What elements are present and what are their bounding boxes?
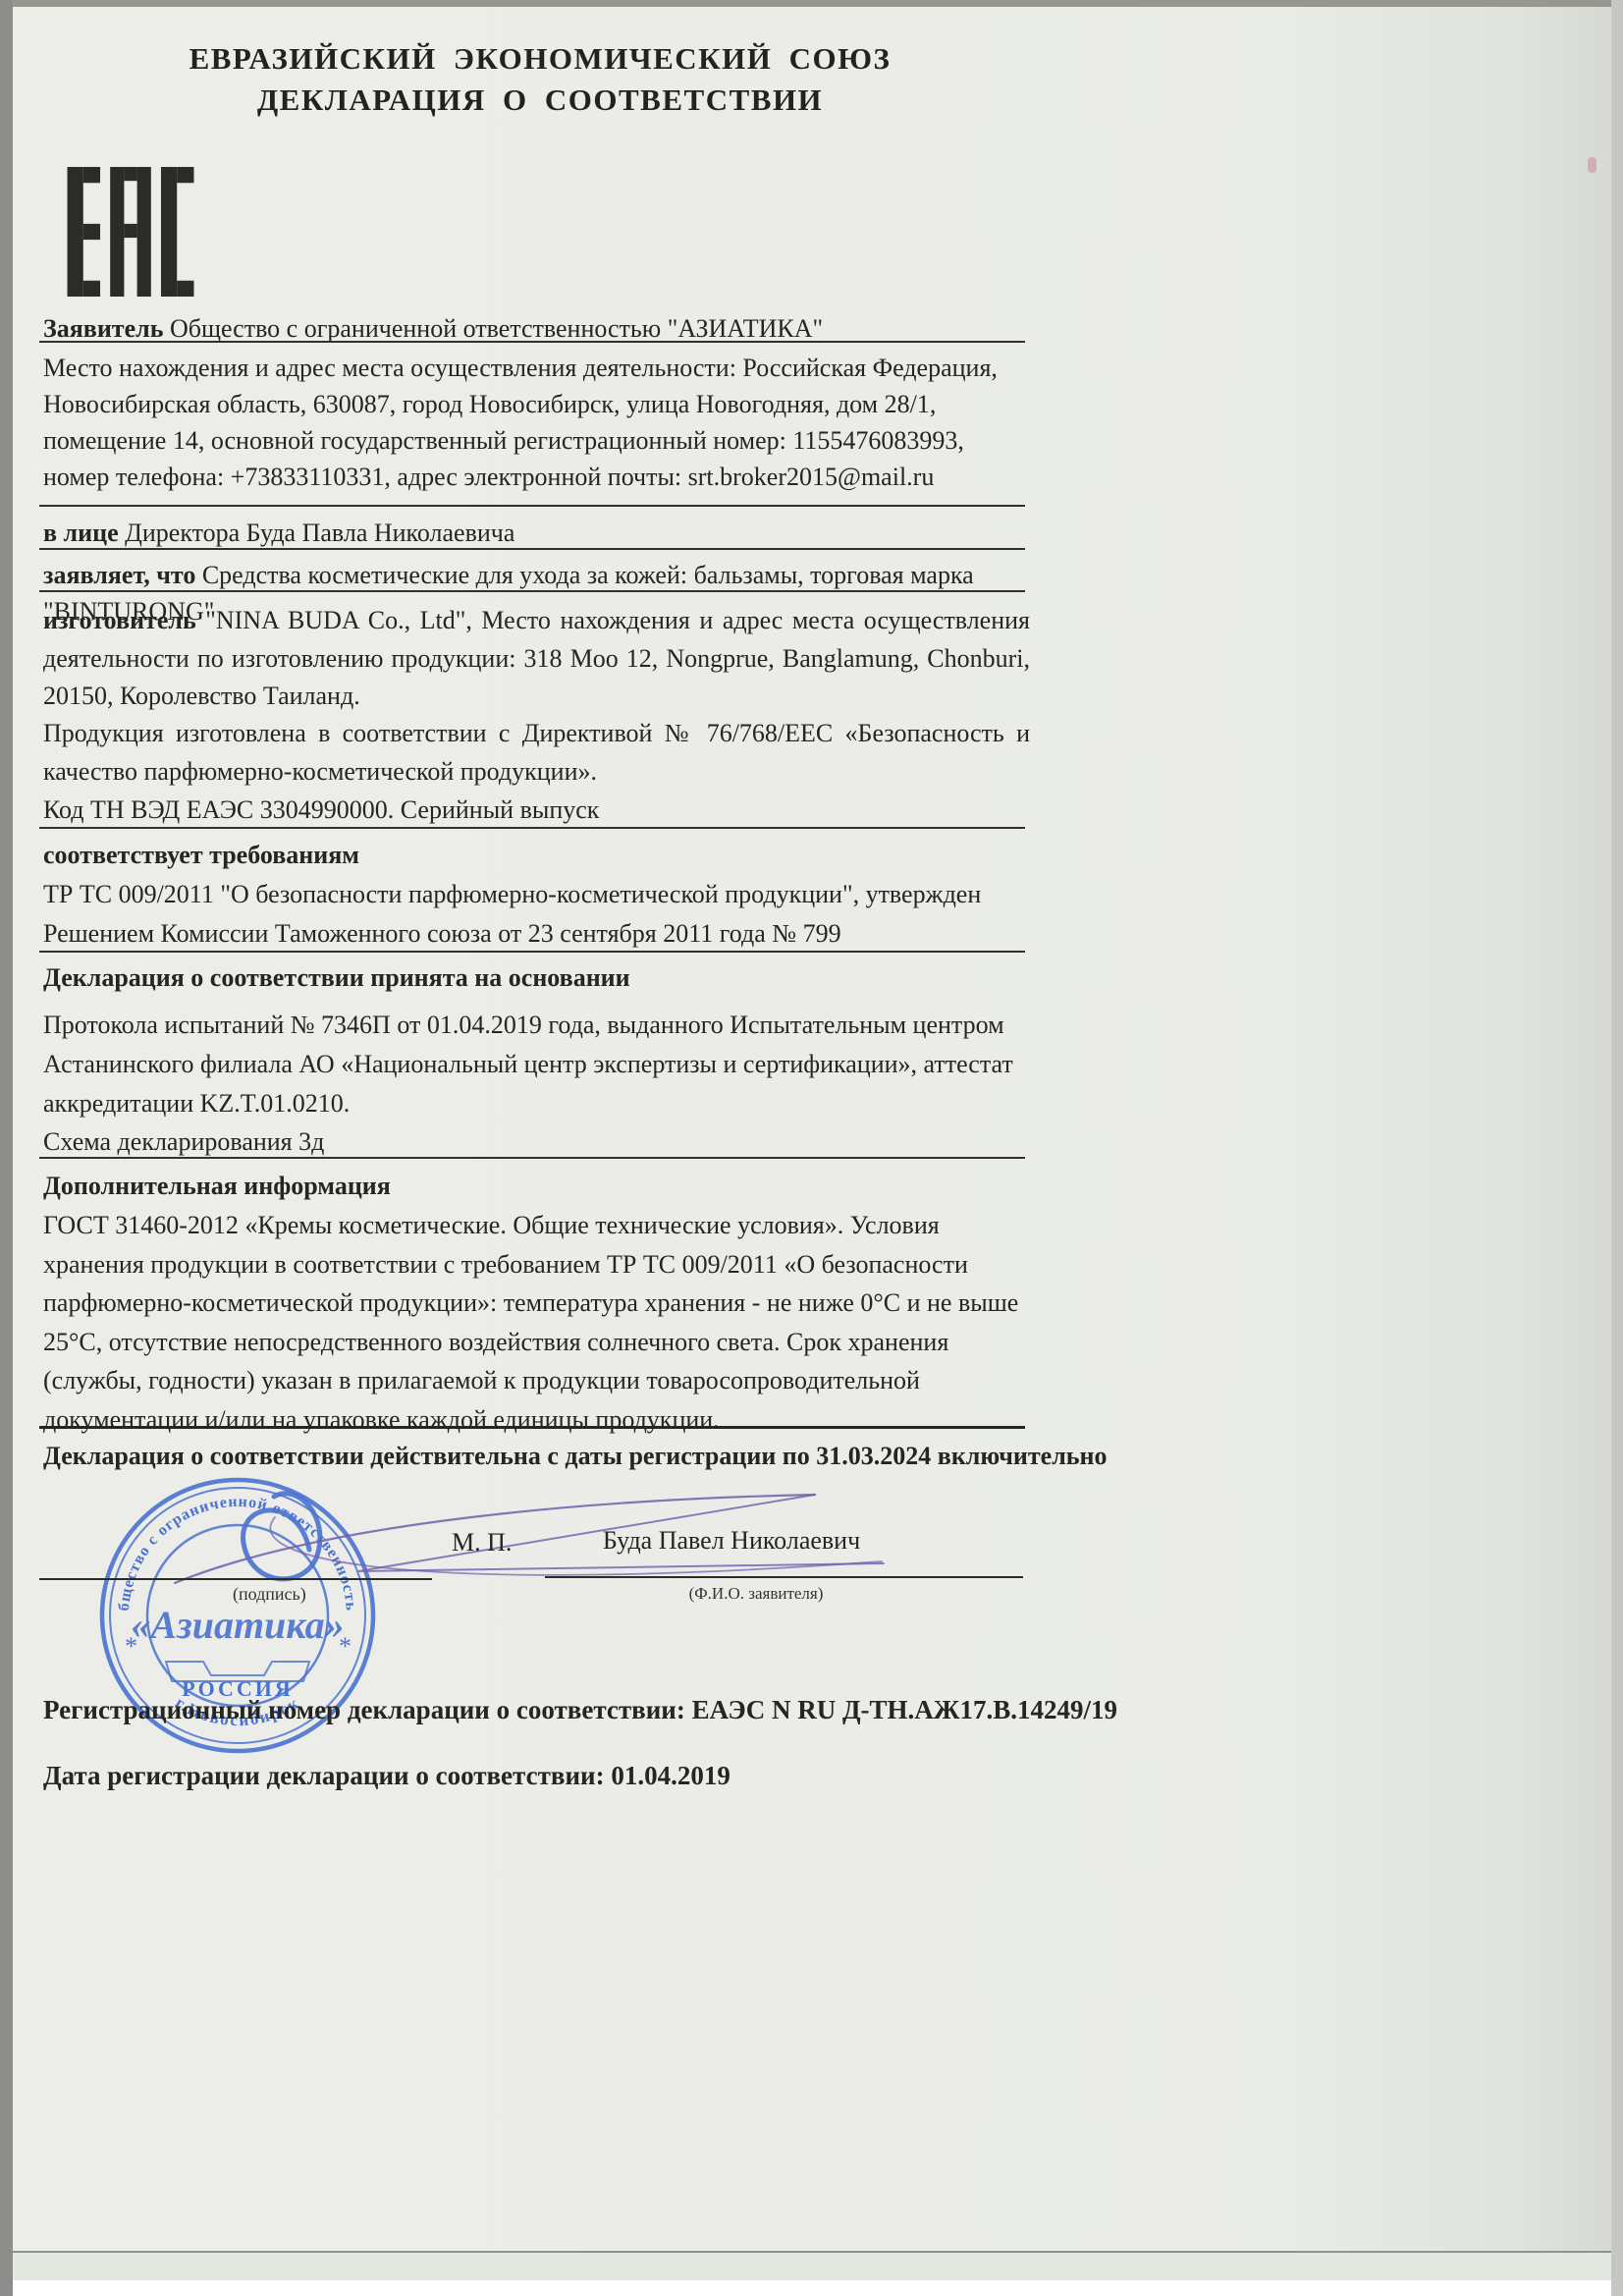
complies-heading: соответствует требованиям [43,837,1030,873]
additional-text: ГОСТ 31460-2012 «Кремы косметические. Об… [43,1206,1030,1439]
complies-text: ТР ТС 009/2011 "О безопасности парфюмерн… [43,875,1030,954]
registration-date-label: Дата регистрации декларации о соответств… [43,1761,605,1790]
applicant-value: Общество с ограниченной ответственностью… [170,314,823,343]
divider [39,1157,1025,1159]
signer-name-line [545,1576,1023,1578]
applicant-address: Место нахождения и адрес места осуществл… [43,350,1030,495]
applicant-label: Заявитель [43,314,163,343]
in-person-line: в лице Директора Буда Павла Николаевича [43,515,1030,551]
scan-edge-top [13,0,1623,7]
signature-caption: (подпись) [233,1584,341,1605]
validity-line: Декларация о соответствии действительна … [43,1438,1074,1474]
production-directive: Продукция изготовлена в соответствии с Д… [43,714,1030,791]
basis-text: Протокола испытаний № 7346П от 01.04.201… [43,1006,1030,1123]
declares-label: заявляет, что [43,561,195,589]
signature-line [39,1578,432,1580]
tnved-code: Код ТН ВЭД ЕАЭС 3304990000. Серийный вып… [43,792,1030,828]
divider [39,341,1025,343]
basis-heading: Декларация о соответствии принята на осн… [43,959,1030,996]
in-person-value: Директора Буда Павла Николаевича [125,519,514,547]
manufacturer-label: изготовитель [43,606,196,634]
registration-number-value: ЕАЭС N RU Д-ТН.АЖ17.В.14249/19 [692,1695,1117,1724]
manufacturer-line: изготовитель "NINA BUDA Co., Ltd", Место… [43,602,1030,716]
scan-artifact [1588,157,1596,173]
registration-date-value: 01.04.2019 [611,1761,730,1790]
eac-mark-icon [67,167,194,297]
signer-caption: (Ф.И.О. заявителя) [545,1584,967,1604]
divider [39,827,1025,829]
scanned-declaration-document: { "header": { "title_line1": "ЕВРАЗИЙСКИ… [0,0,1623,2296]
divider [39,505,1025,507]
document-title-line1: ЕВРАЗИЙСКИЙ ЭКОНОМИЧЕСКИЙ СОЮЗ [0,41,1080,77]
in-person-label: в лице [43,519,119,547]
additional-heading: Дополнительная информация [43,1168,1030,1204]
divider [39,590,1025,592]
declaration-scheme: Схема декларирования 3д [43,1123,1030,1160]
document-title-line2: ДЕКЛАРАЦИЯ О СООТВЕТСТВИИ [0,82,1080,118]
stamp-company-name: «Азиатика» [131,1603,344,1647]
divider [39,951,1025,953]
signer-name: Буда Павел Николаевич [520,1522,943,1558]
divider-thick [39,1426,1025,1429]
scan-edge-right [1611,0,1623,2296]
registration-number-label: Регистрационный номер декларации о соотв… [43,1695,685,1724]
registration-number-line: Регистрационный номер декларации о соотв… [43,1692,1123,1728]
registration-date-line: Дата регистрации декларации о соответств… [43,1758,1123,1794]
scan-edge-left [0,0,13,2296]
divider [39,548,1025,550]
scan-bottom-strip [13,2251,1611,2280]
